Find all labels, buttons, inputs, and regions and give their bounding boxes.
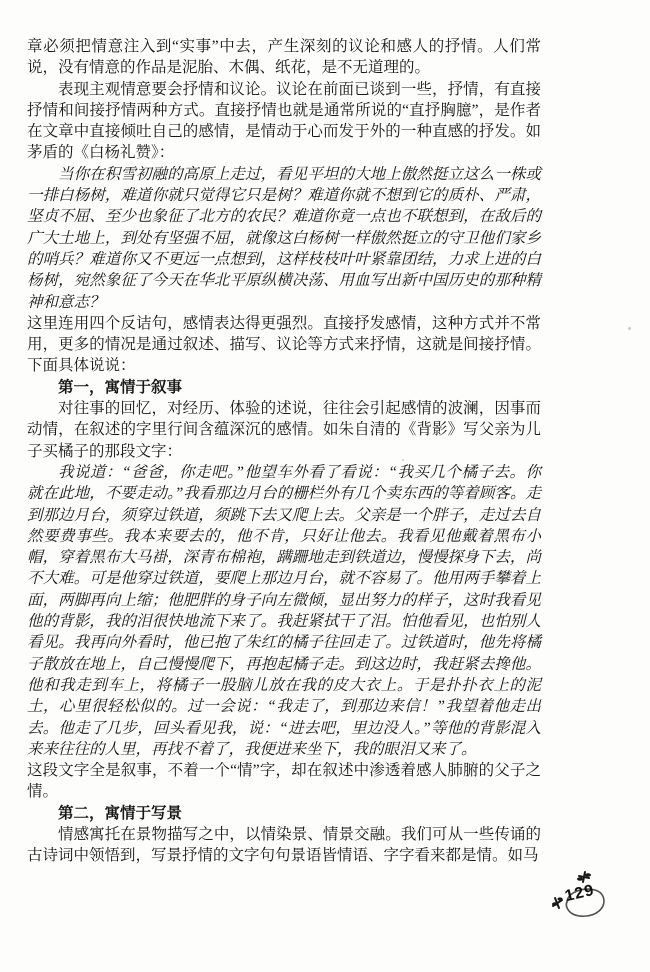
body-paragraph: 这段文字全是叙事，不着一个“情”字，却在叙述中渗透着感人肺腑的父子之情。 <box>27 760 541 803</box>
body-paragraph: 情感寓托在景物描写之中，以情染景、情景交融。我们可从一些传诵的古诗词中领悟到，写… <box>27 824 541 867</box>
book-page: 章必须把情意注入到“实事”中去，产生深刻的议论和感人的抒情。人们常说，没有情意的… <box>0 0 650 972</box>
body-paragraph: 表现主观情意要会抒情和议论。议论在前面已谈到一些，抒情，有直接抒情和间接抒情两种… <box>27 79 541 164</box>
body-paragraph: 章必须把情意注入到“实事”中去，产生深刻的议论和感人的抒情。人们常说，没有情意的… <box>27 36 541 79</box>
body-paragraph: 这里连用四个反诘句，感情表达得更强烈。直接抒发感情，这种方式并不常用，更多的情况… <box>27 313 541 377</box>
scan-speck <box>402 459 404 461</box>
quoted-passage: 我说道：“爸爸，你走吧。”他望车外看了看说：“我买几个橘子去。你就在此地，不要走… <box>27 462 541 760</box>
quoted-passage: 当你在积雪初融的高原上走过，看见平坦的大地上傲然挺立这么一株或一排白杨树，难道你… <box>27 164 541 313</box>
text-column: 章必须把情意注入到“实事”中去，产生深刻的议论和感人的抒情。人们常说，没有情意的… <box>27 36 541 867</box>
section-heading: 第一，寓情于叙事 <box>27 377 541 398</box>
page-number-group: 129 <box>549 868 617 928</box>
page-margin-sidebar: 再现与表现 <box>590 0 650 972</box>
scan-speck <box>447 189 449 191</box>
section-heading: 第二，寓情于写景 <box>27 803 541 824</box>
scan-speck <box>628 327 631 330</box>
body-paragraph: 对往事的回忆，对经历、体验的述说，往往会引起感情的波澜，因事而动情，在叙述的字里… <box>27 398 541 462</box>
